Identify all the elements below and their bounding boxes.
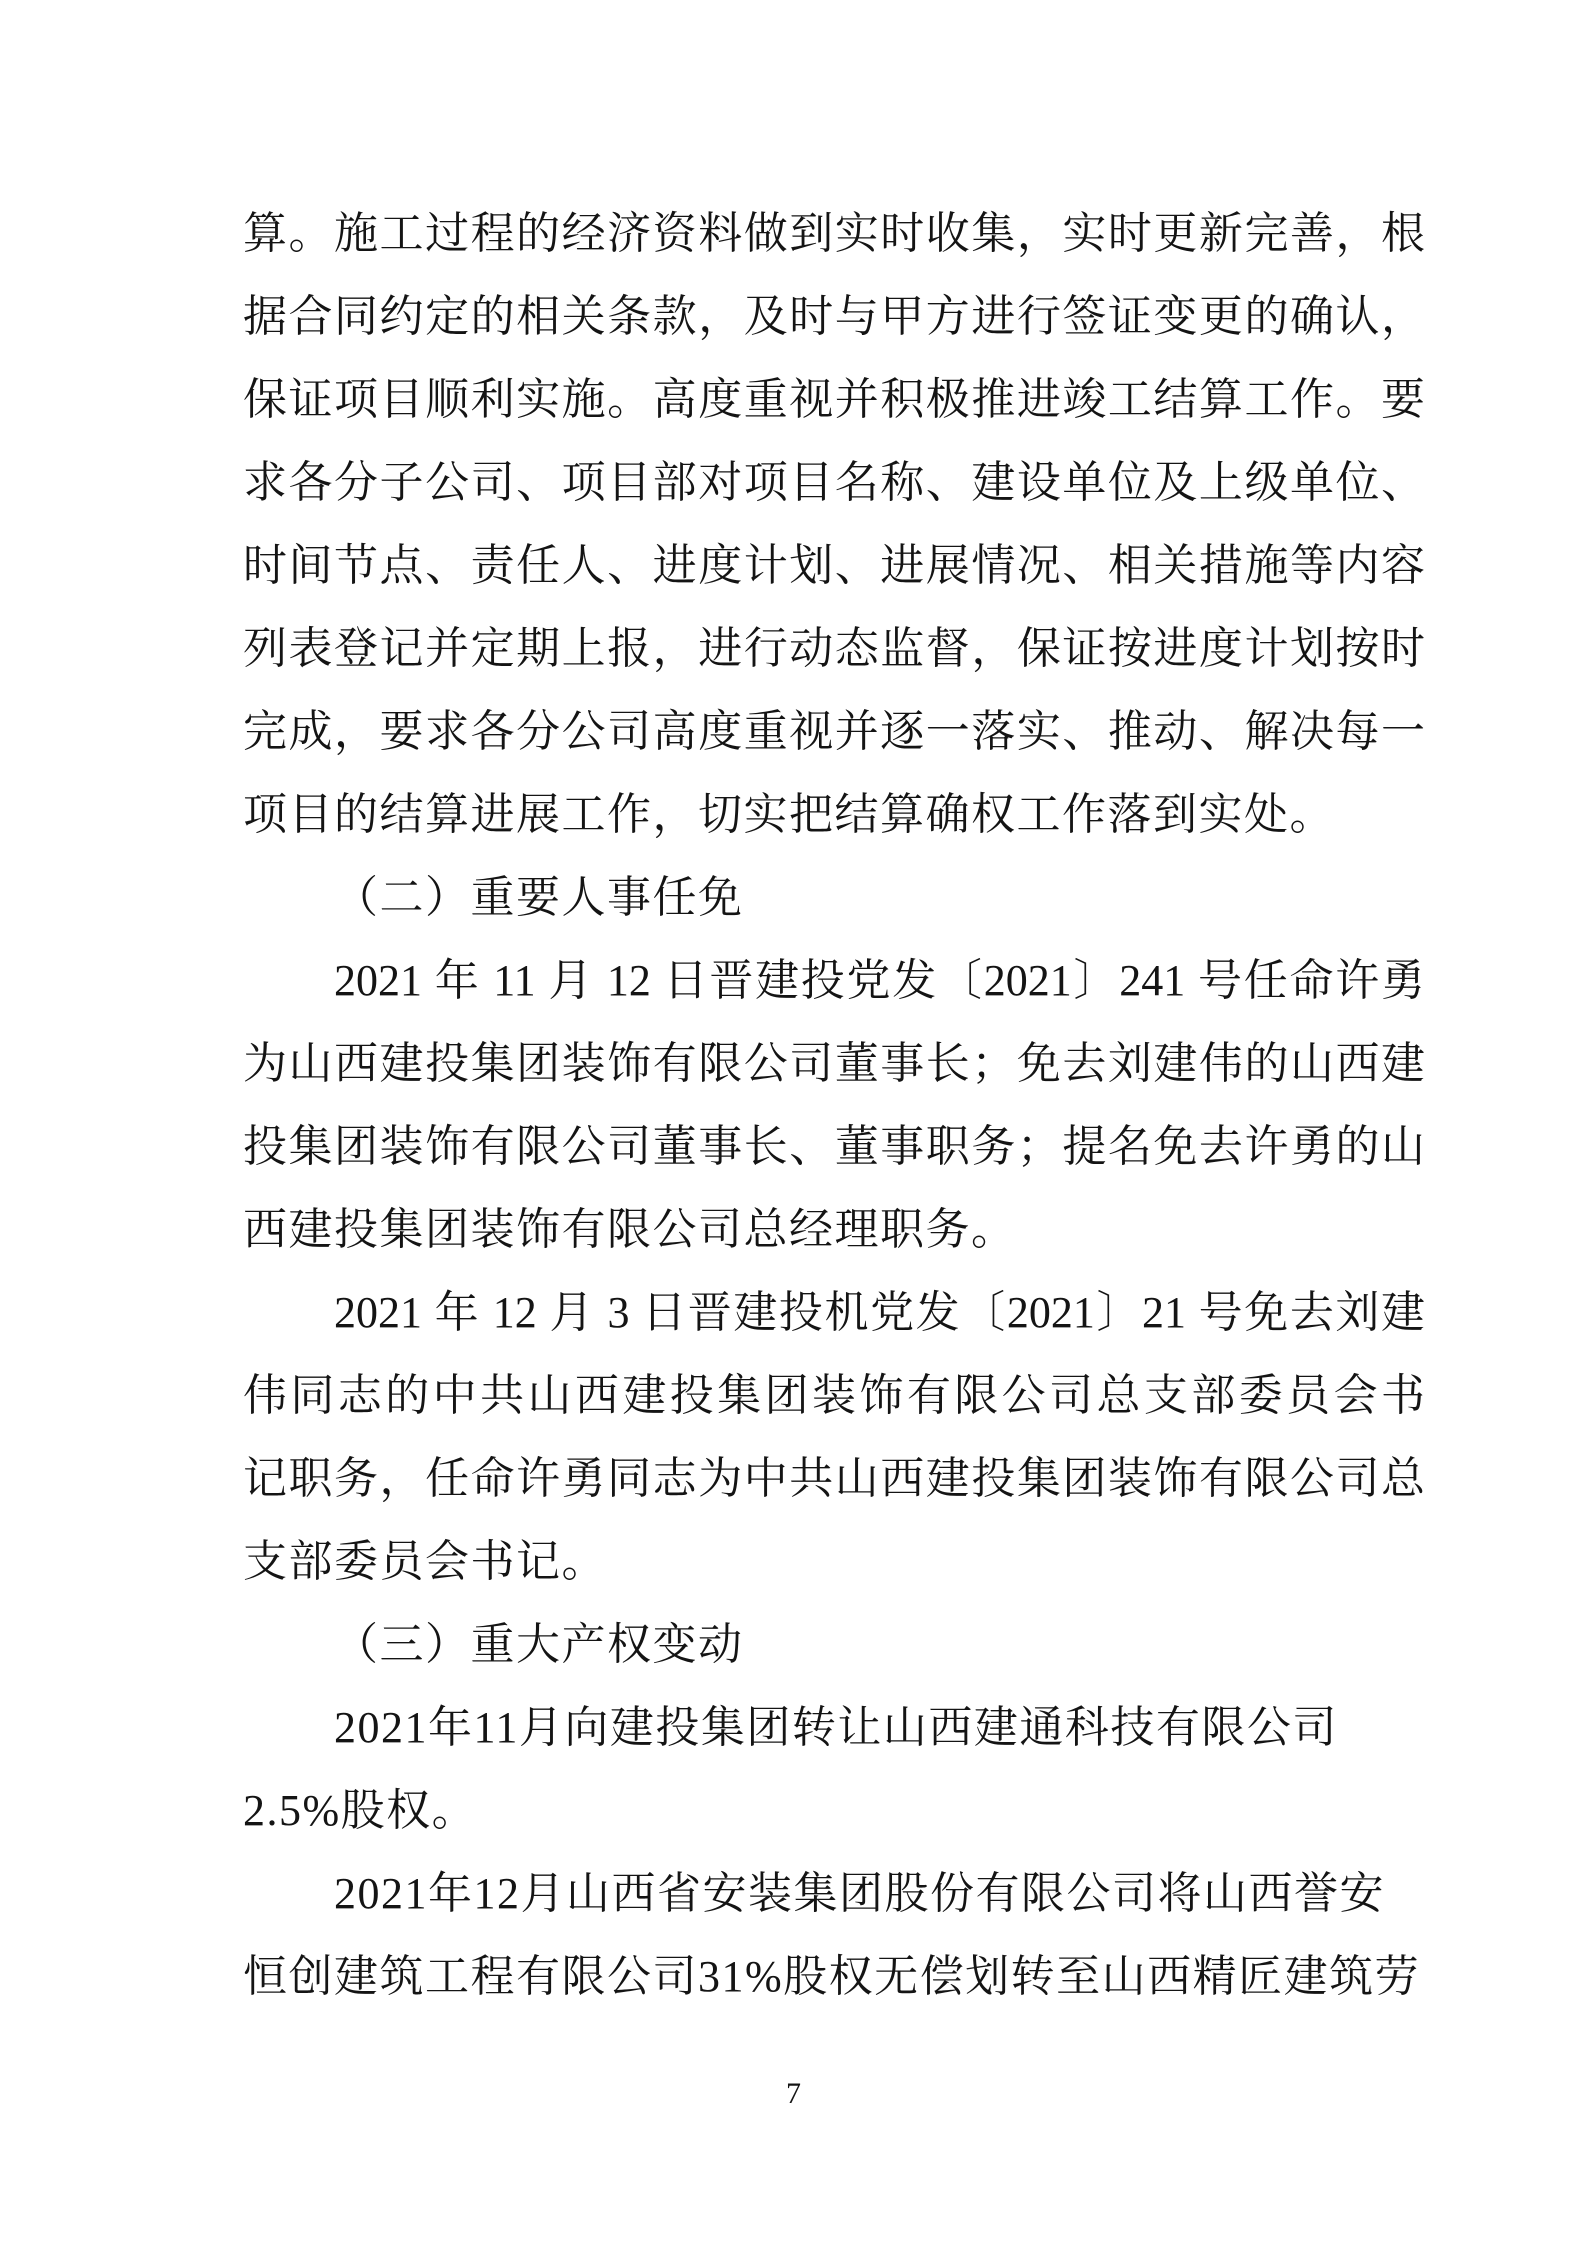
text-line: 完成，要求各分公司高度重视并逐一落实、推动、解决每一 xyxy=(243,690,1425,773)
text-line: 西建投集团装饰有限公司总经理职务。 xyxy=(243,1188,1425,1271)
text-line: 恒创建筑工程有限公司31%股权无偿划转至山西精匠建筑劳 xyxy=(243,1935,1425,2018)
text-line: 2.5%股权。 xyxy=(243,1769,1425,1852)
text-line: （二）重要人事任免 xyxy=(243,856,1425,939)
text-line: （三）重大产权变动 xyxy=(243,1603,1425,1686)
document-text-block: 算。施工过程的经济资料做到实时收集，实时更新完善，根据合同约定的相关条款，及时与… xyxy=(243,192,1425,2018)
text-line: 支部委员会书记。 xyxy=(243,1520,1425,1603)
text-line: 据合同约定的相关条款，及时与甲方进行签证变更的确认， xyxy=(243,275,1425,358)
page-footer: 7 xyxy=(0,2072,1587,2116)
document-page: 算。施工过程的经济资料做到实时收集，实时更新完善，根据合同约定的相关条款，及时与… xyxy=(0,0,1587,2245)
text-line: 为山西建投集团装饰有限公司董事长；免去刘建伟的山西建 xyxy=(243,1022,1425,1105)
text-line: 2021年12月山西省安装集团股份有限公司将山西誉安 xyxy=(243,1852,1425,1935)
text-line: 列表登记并定期上报，进行动态监督，保证按进度计划按时 xyxy=(243,607,1425,690)
text-line: 记职务，任命许勇同志为中共山西建投集团装饰有限公司总 xyxy=(243,1437,1425,1520)
text-line: 伟同志的中共山西建投集团装饰有限公司总支部委员会书 xyxy=(243,1354,1425,1437)
text-line: 时间节点、责任人、进度计划、进展情况、相关措施等内容 xyxy=(243,524,1425,607)
page-number: 7 xyxy=(786,2077,801,2110)
text-line: 保证项目顺利实施。高度重视并积极推进竣工结算工作。要 xyxy=(243,358,1425,441)
text-line: 2021 年 12 月 3 日晋建投机党发〔2021〕21 号免去刘建 xyxy=(243,1271,1425,1354)
text-line: 算。施工过程的经济资料做到实时收集，实时更新完善，根 xyxy=(243,192,1425,275)
text-line: 2021 年 11 月 12 日晋建投党发〔2021〕241 号任命许勇 xyxy=(243,939,1425,1022)
text-line: 求各分子公司、项目部对项目名称、建设单位及上级单位、 xyxy=(243,441,1425,524)
text-line: 投集团装饰有限公司董事长、董事职务；提名免去许勇的山 xyxy=(243,1105,1425,1188)
text-line: 项目的结算进展工作，切实把结算确权工作落到实处。 xyxy=(243,773,1425,856)
text-line: 2021年11月向建投集团转让山西建通科技有限公司 xyxy=(243,1686,1425,1769)
